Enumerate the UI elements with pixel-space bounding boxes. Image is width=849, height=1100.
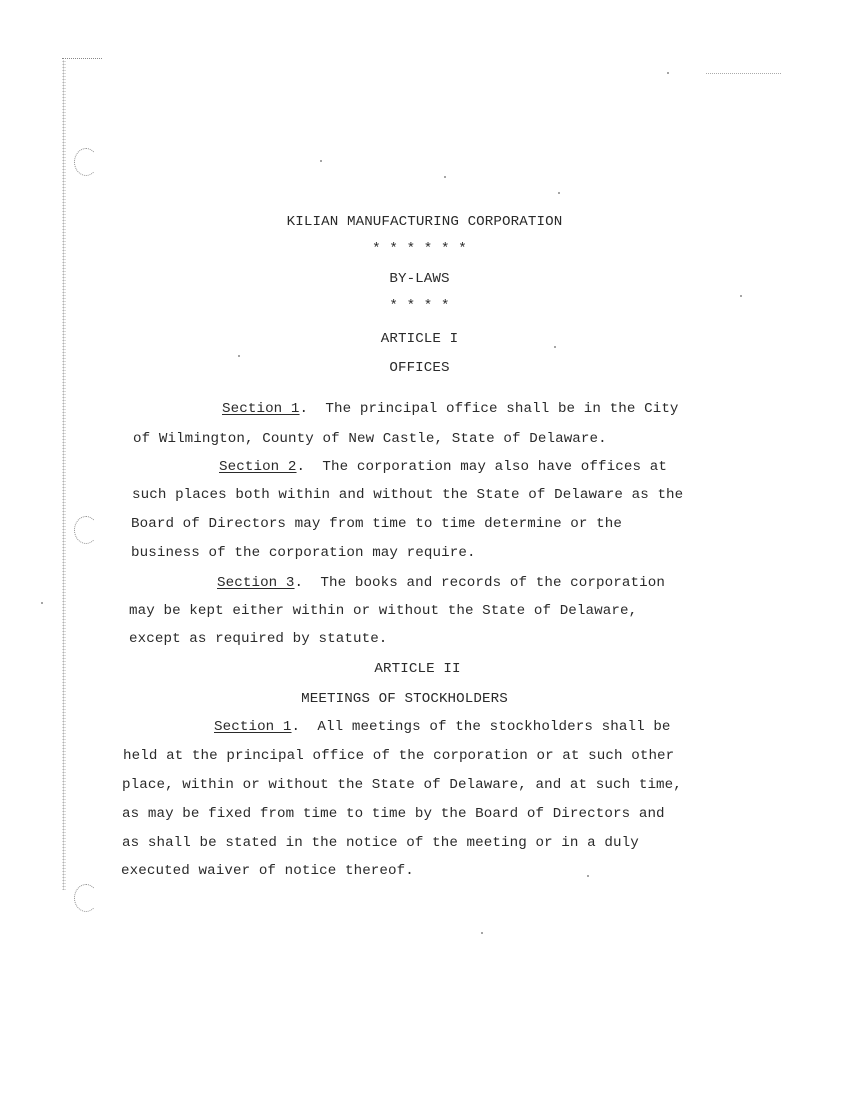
scan-speck [444,176,446,178]
paragraph-line: of Wilmington, County of New Castle, Sta… [133,430,607,448]
section-paragraph-start: Section 2. The corporation may also have… [219,458,667,476]
scan-speck [320,160,322,162]
paragraph-line: except as required by statute. [129,630,387,648]
scan-speck [238,355,240,357]
paragraph-line: business of the corporation may require. [131,544,476,562]
paragraph-line: held at the principal office of the corp… [123,747,674,765]
article-name: OFFICES [0,359,844,377]
paragraph-line: such places both within and without the … [132,486,683,504]
scan-top-mark [706,73,781,76]
punch-hole-icon [74,516,98,544]
section-label: Section 2 [219,459,297,475]
document-subtitle: BY-LAWS [0,270,844,288]
scan-speck [481,932,483,934]
section-paragraph-start: Section 3. The books and records of the … [217,574,665,592]
paragraph-line: as shall be stated in the notice of the … [122,834,639,852]
section-label: Section 1 [214,719,292,735]
scan-speck [587,875,589,877]
scan-speck [558,192,560,194]
section-paragraph-start: Section 1. The principal office shall be… [222,400,679,418]
section-paragraph-start: Section 1. All meetings of the stockhold… [214,718,671,736]
section-label: Section 1 [222,401,300,417]
paragraph-line: executed waiver of notice thereof. [121,862,414,880]
paragraph-line: may be kept either within or without the… [129,602,637,620]
paragraph-line: Board of Directors may from time to time… [131,515,622,533]
punch-hole-icon [74,148,98,176]
document-title: KILIAN MANUFACTURING CORPORATION [0,213,849,231]
scan-speck [41,602,43,604]
article-heading: ARTICLE I [0,330,844,348]
document-page: KILIAN MANUFACTURING CORPORATION * * * *… [0,0,849,1100]
paragraph-line: as may be fixed from time to time by the… [122,805,665,823]
scan-binding-edge [62,60,66,890]
scan-corner-mark [62,58,102,63]
separator-stars: * * * * [0,297,844,315]
paragraph-line: place, within or without the State of De… [122,776,682,794]
article-heading: ARTICLE II [0,660,842,678]
article-name: MEETINGS OF STOCKHOLDERS [0,690,829,708]
separator-stars: * * * * * * [0,240,844,258]
scan-speck [667,72,669,74]
punch-hole-icon [74,884,98,912]
section-label: Section 3 [217,575,295,591]
